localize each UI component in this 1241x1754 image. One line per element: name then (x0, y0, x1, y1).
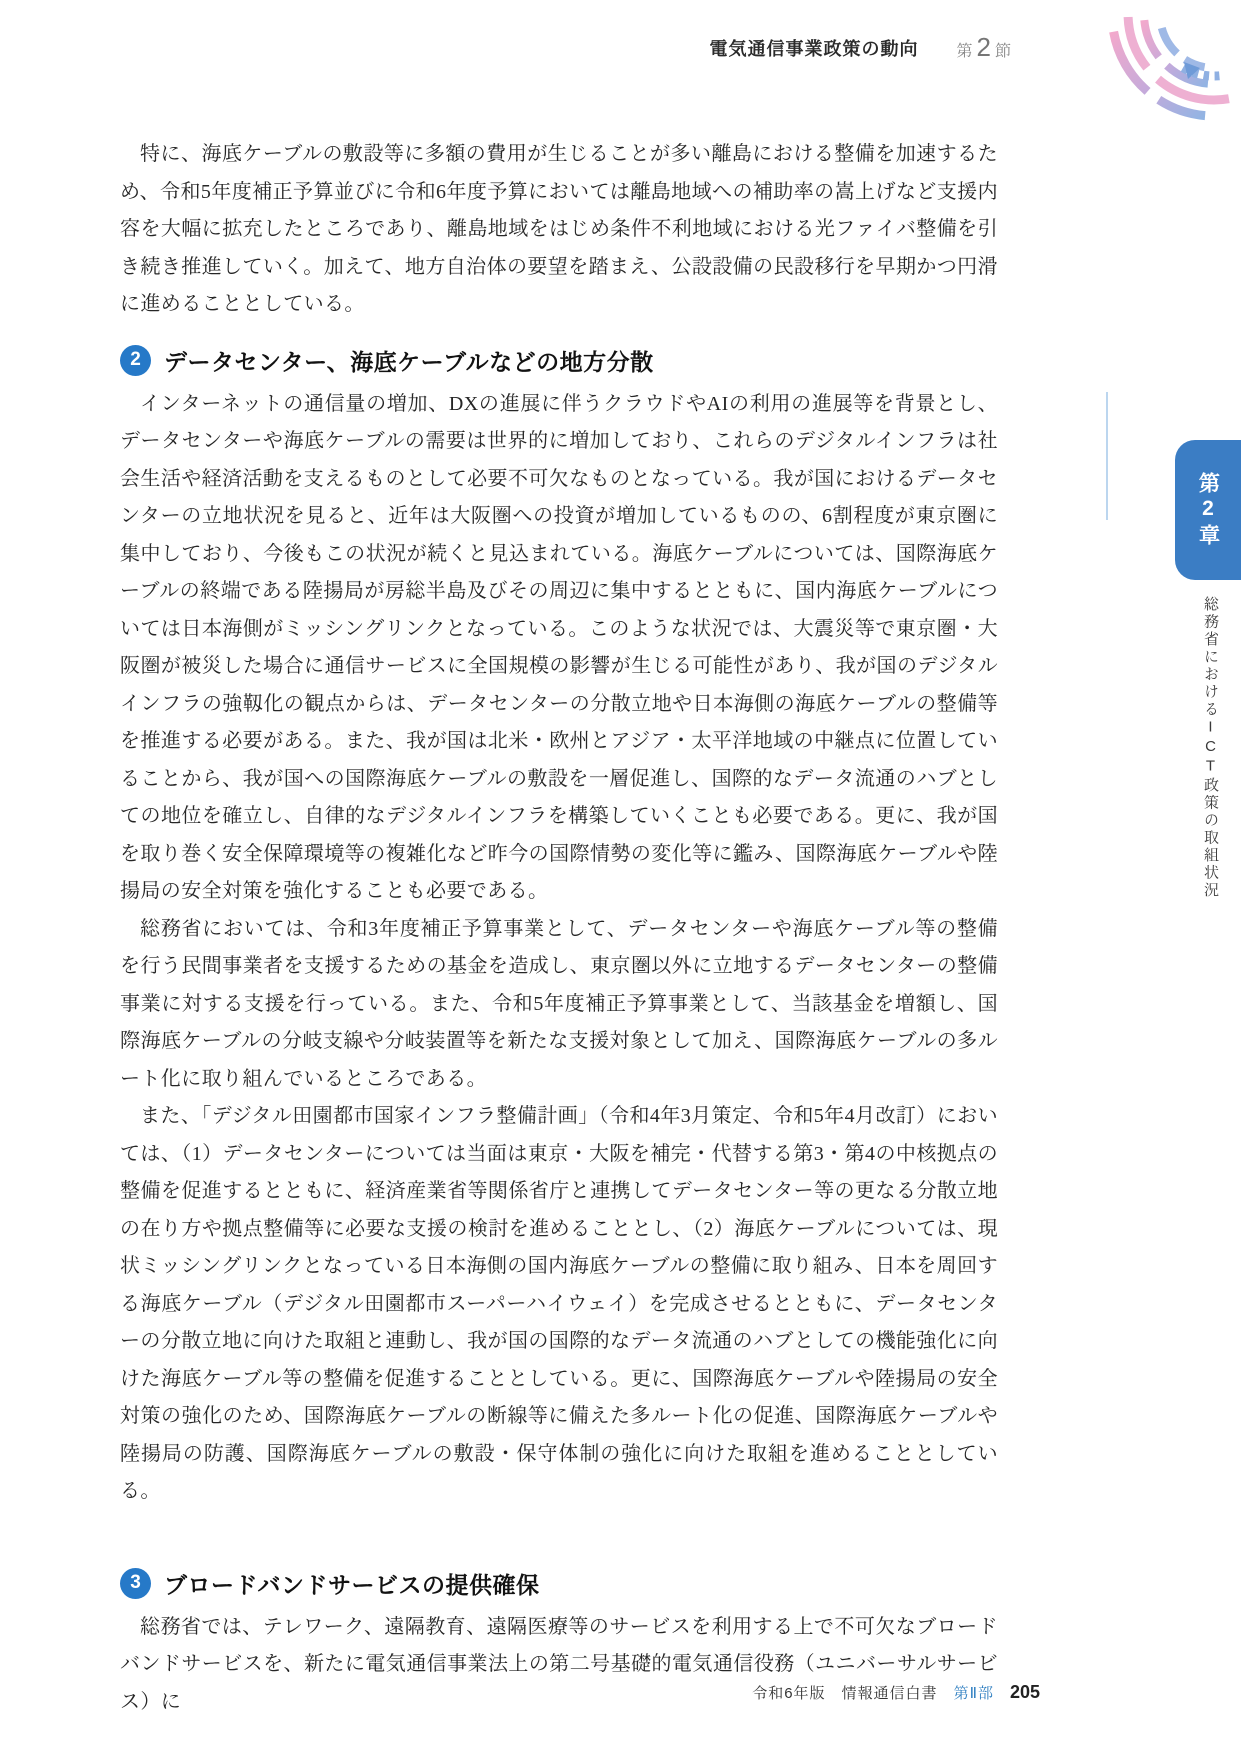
page-header: 電気通信事業政策の動向 第 2 節 (710, 34, 1013, 61)
chapter-title-vertical: 総務省におけるICT政策の取組状況 (1200, 596, 1221, 926)
main-content: 特に、海底ケーブルの敷設等に多額の費用が生じることが多い離島における整備を加速す… (120, 136, 998, 1721)
section-number-badge: 2 (120, 345, 151, 376)
chapter-tab: 第2章 (1175, 440, 1241, 580)
section-number: 2 (977, 34, 992, 60)
section-heading-3: 3 ブロードバンドサービスの提供確保 (120, 1567, 998, 1600)
section-prefix: 第 (957, 38, 974, 61)
section-title: データセンター、海底ケーブルなどの地方分散 (164, 344, 654, 377)
section-suffix: 節 (995, 38, 1012, 61)
footer-part: 第Ⅱ部 (954, 1682, 994, 1703)
section2-paragraph-1: インターネットの通信量の増加、DXの進展に伴うクラウドやAIの利用の進展等を背景… (120, 386, 998, 911)
footer-edition: 令和6年版 情報通信白書 (752, 1682, 937, 1703)
section3-paragraph-1: 総務省では、テレワーク、遠隔教育、遠隔医療等のサービスを利用する上で不可欠なブロ… (120, 1609, 998, 1722)
running-head-title: 電気通信事業政策の動向 (710, 35, 919, 61)
sidebar-divider-line (1106, 392, 1108, 520)
section-number-badge: 3 (120, 1568, 151, 1599)
footer-page-number: 205 (1010, 1682, 1040, 1703)
decorative-arcs-icon (1066, 0, 1241, 125)
section-indicator: 第 2 節 (957, 34, 1013, 61)
page-footer: 令和6年版 情報通信白書 第Ⅱ部 205 (752, 1682, 1040, 1703)
section-title: ブロードバンドサービスの提供確保 (164, 1567, 540, 1600)
section2-paragraph-2: 総務省においては、令和3年度補正予算事業として、データセンターや海底ケーブル等の… (120, 911, 998, 1099)
section2-paragraph-3: また、「デジタル田園都市国家インフラ整備計画」（令和4年3月策定、令和5年4月改… (120, 1098, 998, 1511)
chapter-tab-label: 第2章 (1198, 472, 1219, 549)
section-heading-2: 2 データセンター、海底ケーブルなどの地方分散 (120, 344, 998, 377)
document-page: 電気通信事業政策の動向 第 2 節 第2章 総務省におけるICT政策の取組状況 … (0, 0, 1241, 1754)
intro-paragraph: 特に、海底ケーブルの敷設等に多額の費用が生じることが多い離島における整備を加速す… (120, 136, 998, 324)
